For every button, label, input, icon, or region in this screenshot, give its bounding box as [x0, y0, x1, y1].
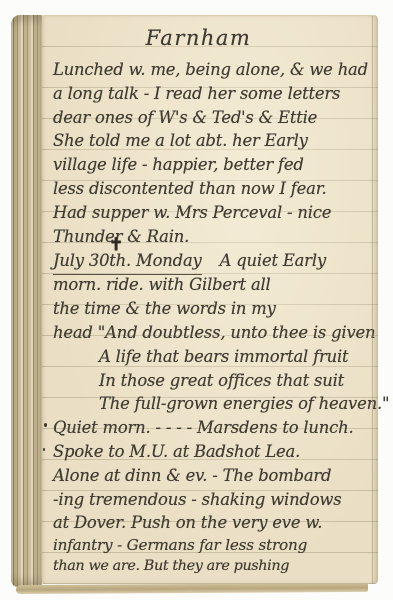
handwriting-line: than we are. But they are pushing: [53, 557, 374, 577]
handwriting-line: Spoke to M.U. at Badshot Lea.: [53, 440, 374, 464]
handwriting-line: Alone at dinn & ev. - The bombard: [53, 464, 374, 488]
page-title: Farnham: [53, 18, 374, 58]
ink-speck: [43, 448, 45, 451]
handwriting-line: Thunder & Rain.: [53, 225, 374, 249]
ink-speck: [44, 423, 47, 427]
entry-date-suffix: A quiet Early: [220, 251, 326, 270]
handwriting-line: dear ones of W's & Ted's & Ettie: [53, 106, 374, 130]
entry-date-line: ✝July 30th. Monday A quiet Early: [53, 248, 374, 273]
handwriting-line: the time & the words in my: [53, 297, 374, 321]
handwriting-line: village life - happier, better fed: [53, 153, 374, 177]
handwriting-line: Lunched w. me, being alone, & we had: [53, 58, 374, 82]
handwriting-line: less discontented than now I fear.: [53, 177, 374, 201]
handwriting-line: Quiet morn. - - - - Marsdens to lunch.: [53, 416, 374, 440]
cross-mark: ✝: [109, 233, 123, 258]
notebook-page: Farnham Lunched w. me, being alone, & we…: [11, 15, 378, 593]
entry-date-heading: ✝July 30th. Monday: [53, 248, 202, 275]
scan-background: Farnham Lunched w. me, being alone, & we…: [0, 0, 393, 600]
page-bottom-edge: [16, 583, 368, 594]
handwriting-line: Had supper w. Mrs Perceval - nice: [53, 201, 374, 225]
handwriting-line: She told me a lot abt. her Early: [53, 129, 374, 153]
poem-line: In those great offices that suit: [53, 369, 374, 393]
handwriting-line: infantry - Germans far less strong: [53, 535, 374, 557]
poem-line: A life that bears immortal fruit: [53, 345, 374, 369]
page-edge-spine: [11, 15, 42, 587]
handwriting-line: a long talk - I read her some letters: [53, 82, 374, 106]
entry-date-text: July 30th. Monday: [53, 251, 202, 270]
handwriting-line: -ing tremendous - shaking windows: [53, 488, 374, 512]
handwriting-line: morn. ride. with Gilbert all: [53, 273, 374, 297]
poem-line: The full-grown energies of heaven.": [53, 392, 374, 416]
ruled-paper: Farnham Lunched w. me, being alone, & we…: [42, 15, 378, 584]
handwriting-line: head "And doubtless, unto thee is given: [53, 321, 374, 345]
handwriting-block: Farnham Lunched w. me, being alone, & we…: [53, 18, 374, 584]
handwriting-line: at Dover. Push on the very eve w.: [53, 511, 374, 535]
